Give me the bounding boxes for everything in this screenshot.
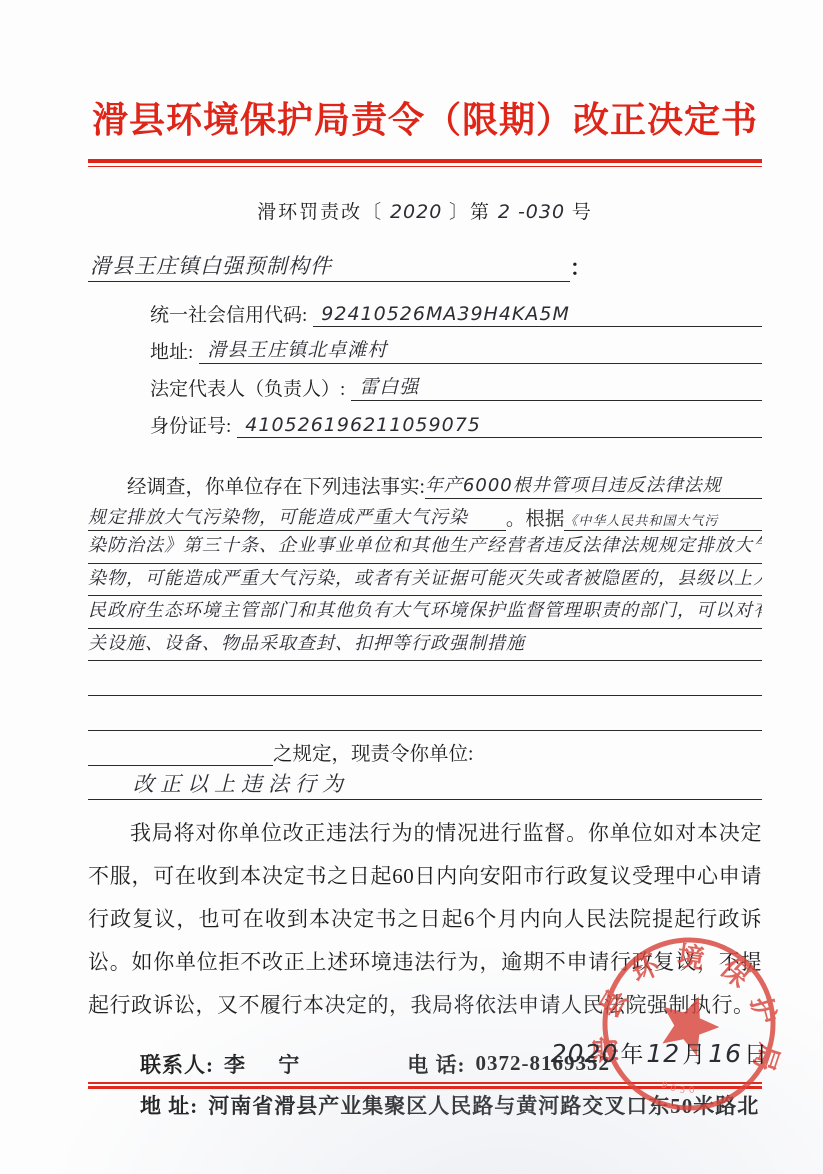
field-id-number-label: 身份证号: — [150, 411, 237, 438]
field-address-value-handwritten: 滑县王庄镇北卓滩村 — [199, 335, 762, 364]
recipient-name-handwritten: 滑县王庄镇白强预制构件 — [88, 250, 570, 282]
recipient-line: 滑县王庄镇白强预制构件 ： — [88, 250, 762, 282]
facts-genju-text: 。根据 — [506, 503, 565, 531]
legal-basis-line3-handwritten: 民政府生态环境主管部门和其他负有大气环境保护监督管理职责的部门，可以对有 — [88, 596, 762, 629]
official-seal: 滑县环境保护局 9030 — [569, 904, 808, 1143]
address-label: 地 址: — [140, 1090, 198, 1120]
legal-basis-line2-handwritten: 染物，可能造成严重大气污染，或者有关证据可能灭失或者被隐匿的，县级以上人 — [88, 564, 762, 597]
order-blank-underline — [88, 764, 273, 766]
order-intro-line: 之规定，现责令你单位: — [88, 733, 762, 766]
doc-number-prefix: 滑环罚责改〔 — [257, 202, 383, 223]
issue-date: 2020年12月16日 — [549, 1036, 768, 1069]
field-legal-representative-label: 法定代表人（负责人）: — [150, 374, 351, 401]
party-info-fields: 统一社会信用代码: 92410526MA39H4KA5M 地址: 滑县王庄镇北卓… — [150, 290, 762, 438]
document-title: 滑县环境保护局责令（限期）改正决定书 — [88, 92, 762, 143]
legal-basis-line2: 染物，可能造成严重大气污染，或者有关证据可能灭失或者被隐匿的，县级以上人 — [88, 564, 762, 597]
legal-basis-line4: 关设施、设备、物品采取查封、扣押等行政强制措施 — [88, 629, 762, 662]
phone-label: 电 话: — [407, 1049, 465, 1079]
field-id-number: 身份证号: 410526196211059075 — [150, 401, 762, 438]
title-divider-thick-line — [88, 159, 762, 163]
issue-date-month-unit: 月 — [682, 1042, 706, 1067]
order-intro-text: 之规定，现责令你单位: — [273, 738, 473, 766]
issue-date-day-unit: 日 — [744, 1042, 768, 1067]
doc-number-mid: 〕第 — [449, 202, 491, 223]
blank-underline-row-2 — [88, 696, 762, 731]
violation-facts-section: 经调查，你单位存在下列违法事实: 年产6000根井管项目违反法律法规 规定排放大… — [88, 466, 762, 800]
issue-date-month-handwritten: 12 — [644, 1039, 682, 1068]
legal-basis-line3: 民政府生态环境主管部门和其他负有大气环境保护监督管理职责的部门，可以对有 — [88, 596, 762, 629]
issue-date-year-handwritten: 2020 — [549, 1039, 621, 1068]
document-page: 滑县环境保护局责令（限期）改正决定书 滑环罚责改〔 2020 〕第 2 -030… — [0, 0, 823, 1174]
doc-number-serial-handwritten: 2 -030 — [498, 201, 565, 223]
field-legal-representative-value-handwritten: 雷白强 — [351, 372, 762, 401]
contact-person-label: 联系人: — [140, 1049, 214, 1079]
legal-basis-line1: 染防治法》第三十条、企业事业单位和其他生产经营者违反法律法规规定排放大气污 — [88, 531, 762, 564]
title-divider-thin-line — [88, 166, 762, 167]
facts-line2: 规定排放大气污染物，可能造成严重大气污染 。根据 《中华人民共和国大气污 — [88, 499, 762, 532]
recipient-colon: ： — [570, 252, 591, 282]
facts-handwritten-line2: 规定排放大气污染物，可能造成严重大气污染 — [88, 503, 506, 531]
title-divider — [88, 159, 762, 167]
contact-person-name: 李 宁 — [214, 1049, 313, 1079]
facts-lead-text: 经调查，你单位存在下列违法事实: — [88, 471, 425, 499]
blank-underline-1 — [88, 664, 762, 697]
legal-basis-line4-handwritten: 关设施、设备、物品采取查封、扣押等行政强制措施 — [88, 629, 762, 662]
facts-handwritten-line1: 年产6000根井管项目违反法律法规 — [425, 471, 762, 499]
order-content-handwritten: 改正以上违法行为 — [88, 768, 762, 801]
field-credit-code-label: 统一社会信用代码: — [150, 300, 313, 327]
field-credit-code-value-handwritten: 92410526MA39H4KA5M — [313, 303, 762, 327]
order-content-line: 改正以上违法行为 — [88, 767, 762, 800]
field-address-label: 地址: — [150, 337, 199, 364]
doc-number-year-handwritten: 2020 — [390, 201, 442, 223]
issue-date-year-unit: 年 — [620, 1042, 644, 1067]
field-credit-code: 统一社会信用代码: 92410526MA39H4KA5M — [150, 290, 762, 327]
doc-number: 滑环罚责改〔 2020 〕第 2 -030 号 — [88, 197, 762, 224]
seal-code-text: 9030 — [659, 1080, 700, 1098]
blank-underline-2 — [88, 699, 762, 732]
facts-lead-line: 经调查，你单位存在下列违法事实: 年产6000根井管项目违反法律法规 — [88, 466, 762, 499]
doc-number-suffix: 号 — [572, 202, 593, 223]
facts-law-title-handwritten: 《中华人民共和国大气污 — [564, 510, 762, 531]
field-legal-representative: 法定代表人（负责人）: 雷白强 — [150, 364, 762, 401]
blank-underline-row-1 — [88, 661, 762, 696]
issue-date-day-handwritten: 16 — [706, 1039, 744, 1068]
field-id-number-value-handwritten: 410526196211059075 — [237, 414, 762, 438]
legal-basis-line1-handwritten: 染防治法》第三十条、企业事业单位和其他生产经营者违反法律法规规定排放大气污 — [88, 531, 762, 564]
field-address: 地址: 滑县王庄镇北卓滩村 — [150, 327, 762, 364]
